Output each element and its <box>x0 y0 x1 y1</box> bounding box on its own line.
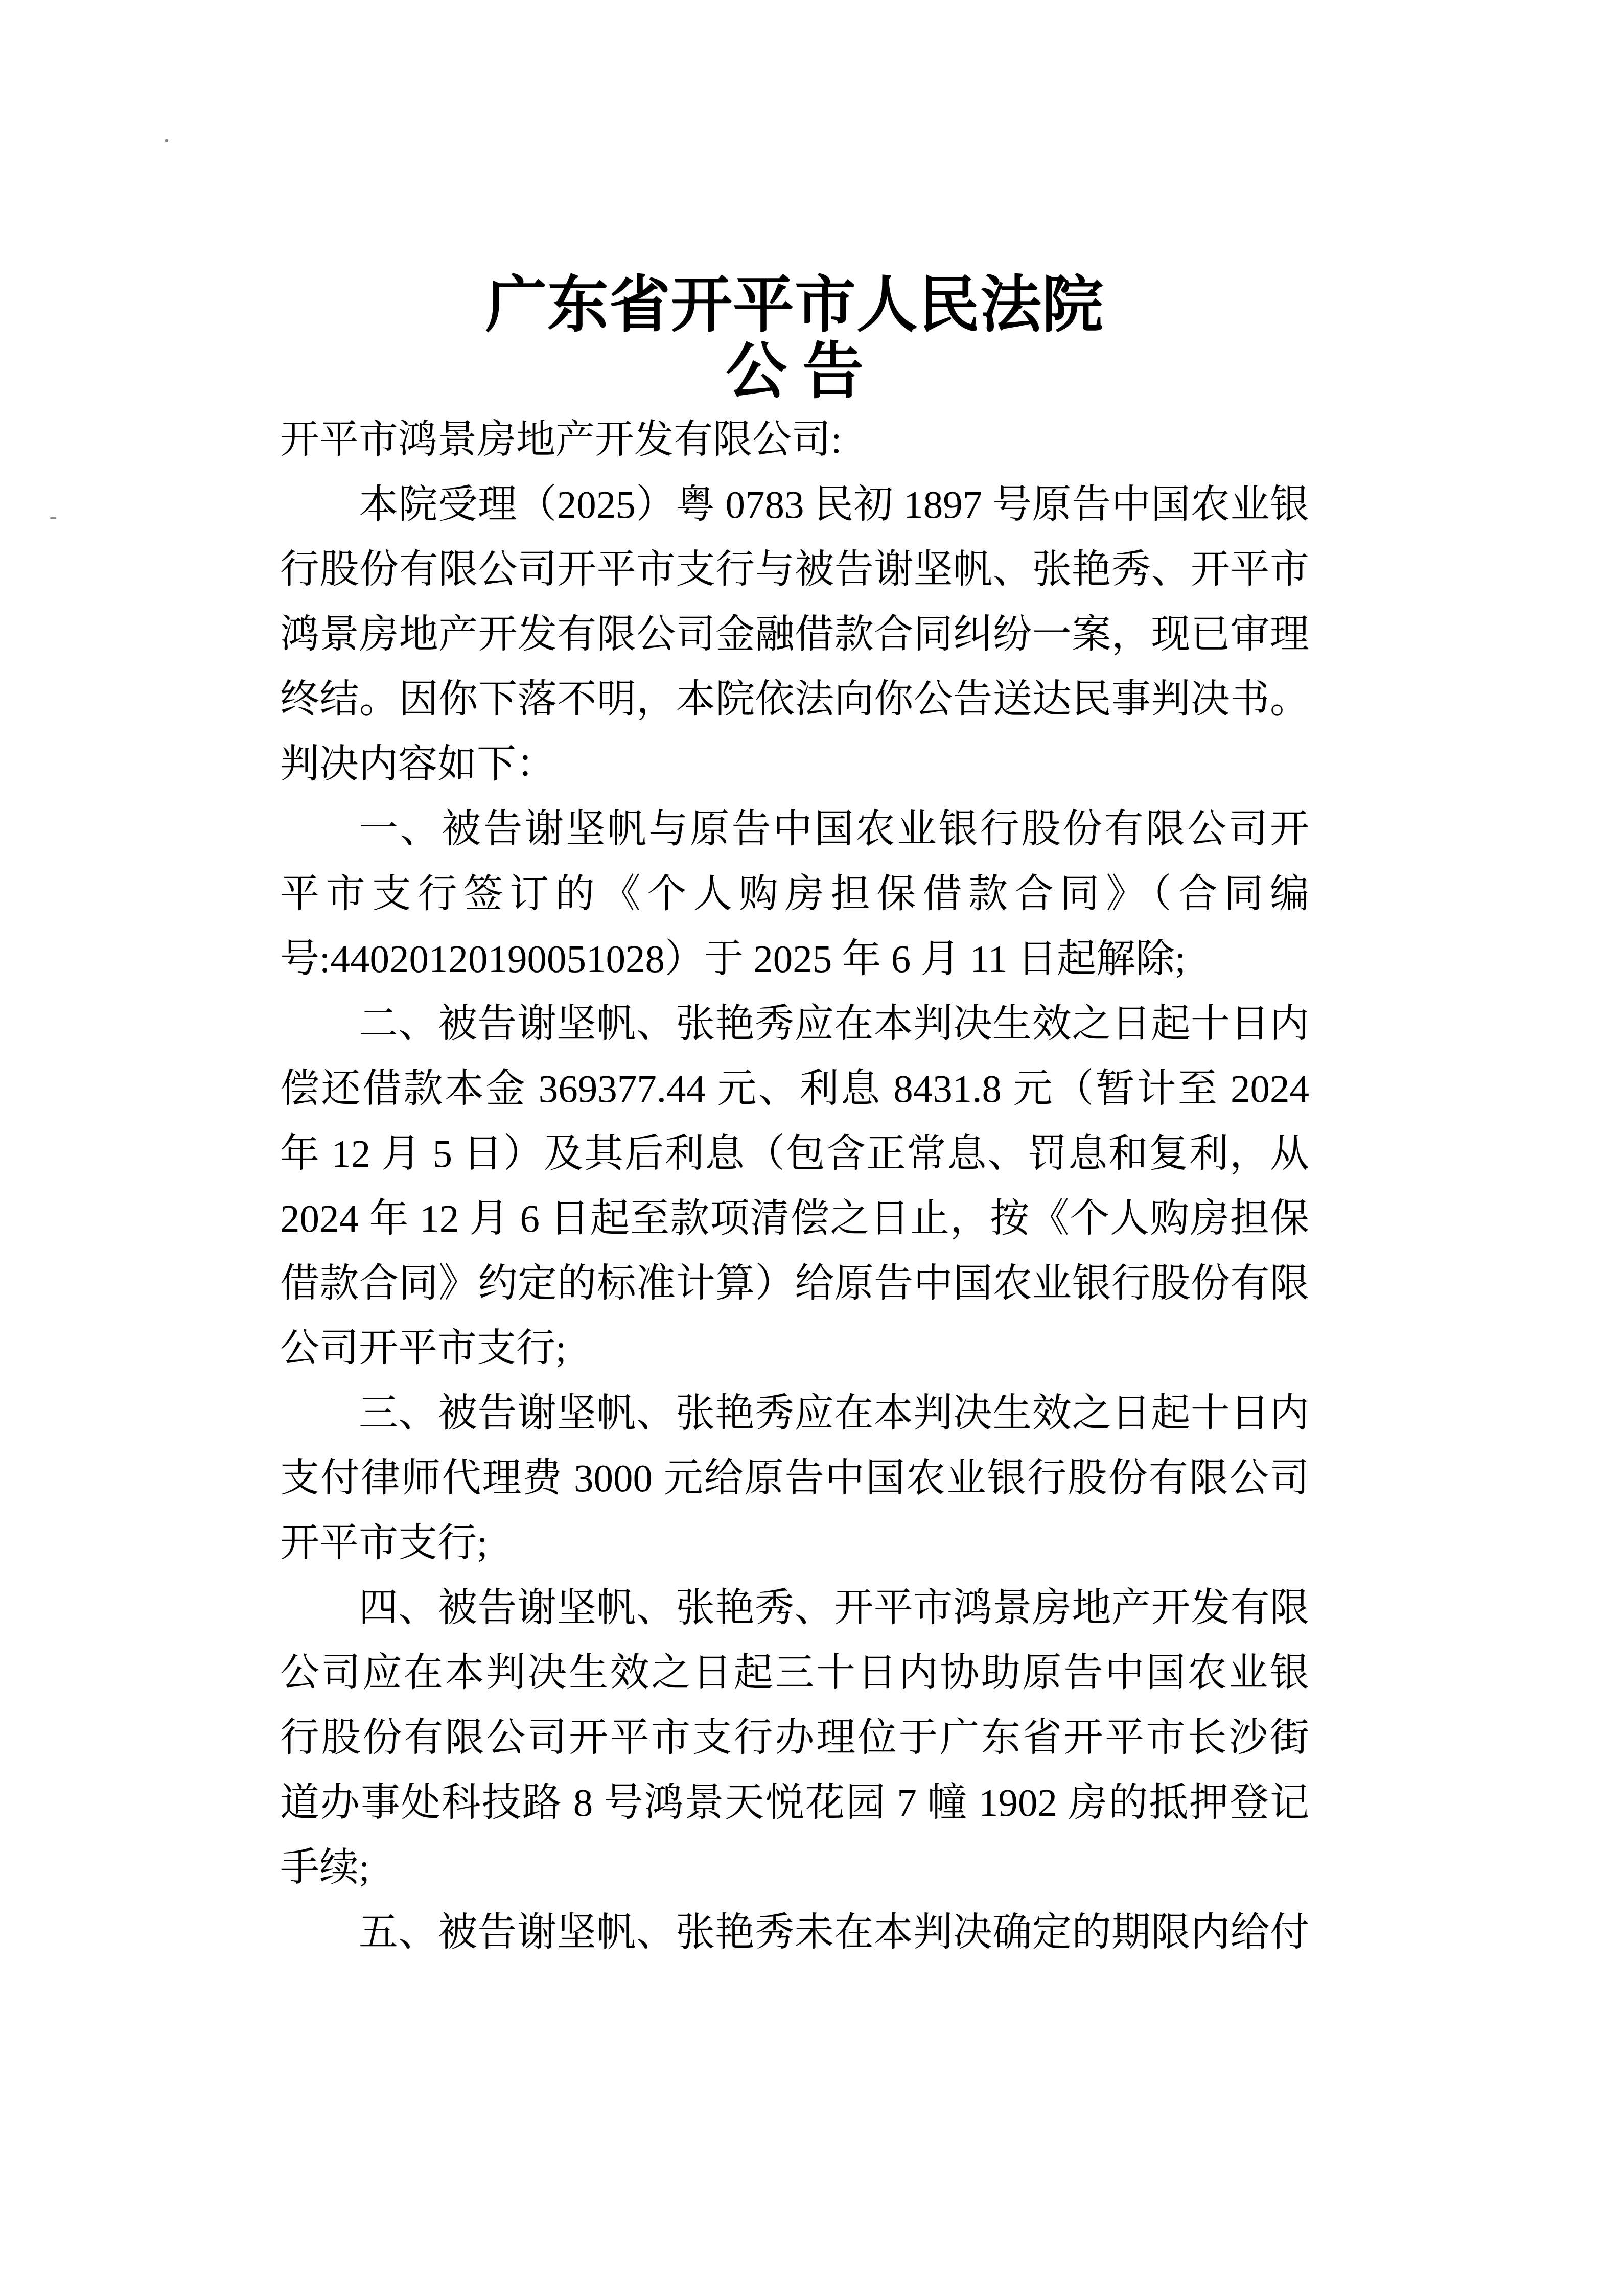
body-line: 年 12 月 5 日）及其后利息（包含正常息、罚息和复利，从 <box>280 1121 1309 1186</box>
body-line: 借款合同》约定的标准计算）给原告中国农业银行股份有限 <box>280 1251 1309 1316</box>
scanned-court-notice-page: 广东省开平市人民法院 公 告 开平市鸿景房地产开发有限公司: 本院受理（2025… <box>0 0 1624 2290</box>
judgment-item-2: 二、被告谢坚帆、张艳秀应在本判决生效之日起十日内 <box>280 991 1309 1056</box>
judgment-item-3: 三、被告谢坚帆、张艳秀应在本判决生效之日起十日内 <box>280 1381 1309 1446</box>
judgment-item-1: 一、被告谢坚帆与原告中国农业银行股份有限公司开 <box>280 797 1309 862</box>
body-line: 2024 年 12 月 6 日起至款项清偿之日止，按《个人购房担保 <box>280 1186 1309 1251</box>
body-line: 行股份有限公司开平市支行办理位于广东省开平市长沙街 <box>280 1705 1309 1770</box>
judgment-item-4: 四、被告谢坚帆、张艳秀、开平市鸿景房地产开发有限 <box>280 1576 1309 1640</box>
body-line: 手续; <box>280 1835 1309 1900</box>
body-line: 开平市支行; <box>280 1511 1309 1576</box>
body-line: 偿还借款本金 369377.44 元、利息 8431.8 元（暂计至 2024 <box>280 1056 1309 1121</box>
body-line: 终结。因你下落不明，本院依法向你公告送达民事判决书。 <box>280 667 1309 732</box>
scan-speck <box>50 517 56 519</box>
notice-body: 开平市鸿景房地产开发有限公司: 本院受理（2025）粤 0783 民初 1897… <box>280 407 1309 1965</box>
judgment-item-5: 五、被告谢坚帆、张艳秀未在本判决确定的期限内给付 <box>280 1900 1309 1965</box>
notice-heading: 公 告 <box>280 341 1309 403</box>
body-line: 公司开平市支行; <box>280 1316 1309 1381</box>
court-name-title: 广东省开平市人民法院 <box>280 275 1309 336</box>
body-line: 支付律师代理费 3000 元给原告中国农业银行股份有限公司 <box>280 1446 1309 1511</box>
body-line: 判决内容如下： <box>280 732 1309 797</box>
body-line: 号:44020120190051028）于 2025 年 6 月 11 日起解除… <box>280 927 1309 991</box>
body-line: 公司应在本判决生效之日起三十日内协助原告中国农业银 <box>280 1640 1309 1705</box>
body-line: 道办事处科技路 8 号鸿景天悦花园 7 幢 1902 房的抵押登记 <box>280 1770 1309 1835</box>
addressee-line: 开平市鸿景房地产开发有限公司: <box>280 407 1309 472</box>
scan-speck <box>165 139 168 142</box>
body-line: 本院受理（2025）粤 0783 民初 1897 号原告中国农业银 <box>280 472 1309 537</box>
body-line: 鸿景房地产开发有限公司金融借款合同纠纷一案，现已审理 <box>280 602 1309 667</box>
body-line: 平市支行签订的《个人购房担保借款合同》（合同编 <box>280 862 1309 927</box>
body-line: 行股份有限公司开平市支行与被告谢坚帆、张艳秀、开平市 <box>280 537 1309 602</box>
